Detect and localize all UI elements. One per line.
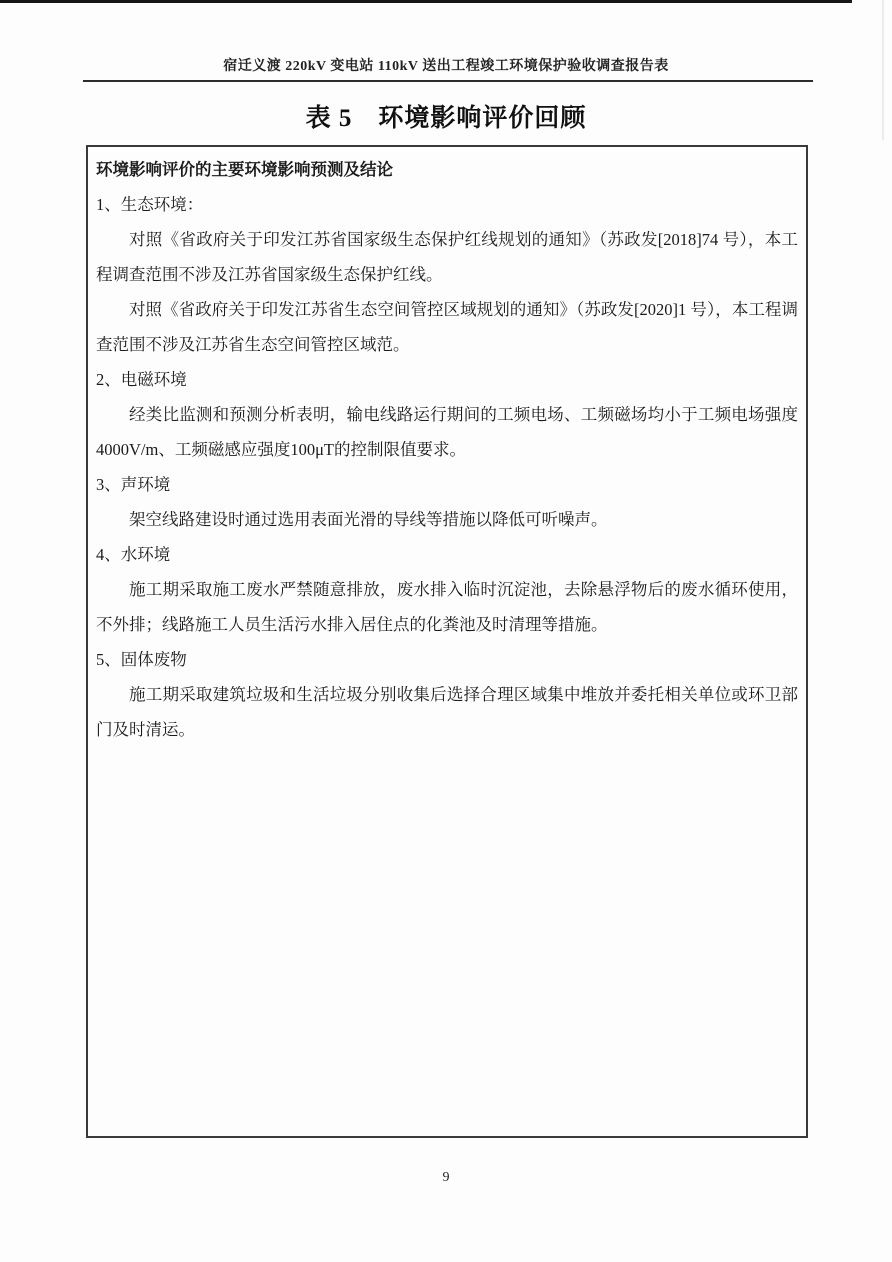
review-table-box: 环境影响评价的主要环境影响预测及结论 1、生态环境： 对照《省政府关于印发江苏省… — [86, 145, 808, 1138]
section-heading: 环境影响评价的主要环境影响预测及结论 — [96, 152, 798, 187]
paragraph-solidwaste-heading: 5、固体废物 — [96, 642, 798, 677]
scan-artifact-top-strip — [0, 0, 852, 3]
paragraph-ecology-space-control: 对照《省政府关于印发江苏省生态空间管控区域规划的通知》（苏政发[2020]1 号… — [96, 292, 798, 362]
paragraph-noise-detail: 架空线路建设时通过选用表面光滑的导线等措施以降低可听噪声。 — [96, 502, 798, 537]
paragraph-noise-heading: 3、声环境 — [96, 467, 798, 502]
paragraph-water-heading: 4、水环境 — [96, 537, 798, 572]
page-number: 9 — [0, 1170, 892, 1186]
header-divider — [83, 80, 813, 82]
paragraph-ecology-heading: 1、生态环境： — [96, 187, 798, 222]
paragraph-solidwaste-detail: 施工期采取建筑垃圾和生活垃圾分别收集后选择合理区域集中堆放并委托相关单位或环卫部… — [96, 677, 798, 747]
running-header: 宿迁义渡 220kV 变电站 110kV 送出工程竣工环境保护验收调查报告表 — [0, 55, 892, 75]
paragraph-emf-heading: 2、电磁环境 — [96, 362, 798, 397]
paragraph-water-detail: 施工期采取施工废水严禁随意排放，废水排入临时沉淀池，去除悬浮物后的废水循环使用，… — [96, 572, 798, 642]
paragraph-emf-detail: 经类比监测和预测分析表明，输电线路运行期间的工频电场、工频磁场均小于工频电场强度… — [96, 397, 798, 467]
page-title: 表 5 环境影响评价回顾 — [0, 98, 892, 134]
paragraph-ecology-redline: 对照《省政府关于印发江苏省国家级生态保护红线规划的通知》（苏政发[2018]74… — [96, 222, 798, 292]
